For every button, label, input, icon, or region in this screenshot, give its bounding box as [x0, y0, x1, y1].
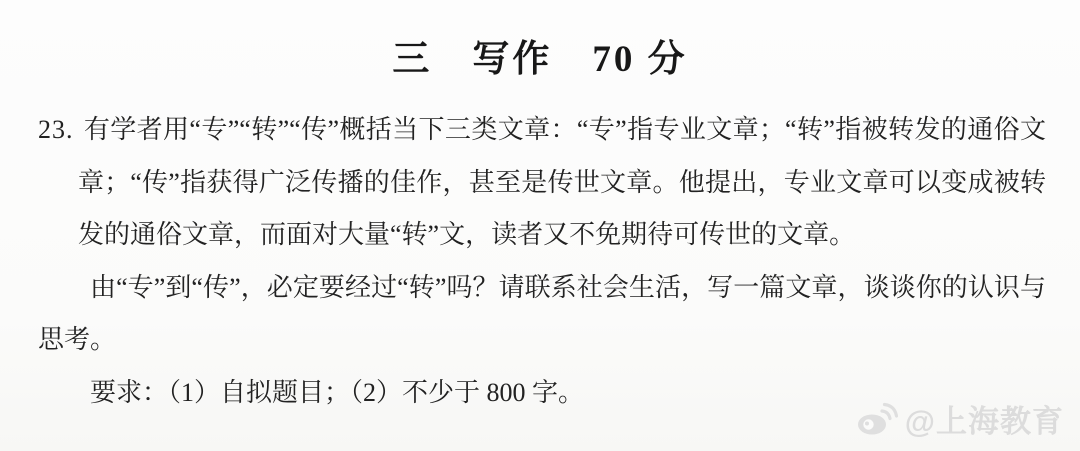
- watermark: @上海教育: [856, 396, 1064, 441]
- exam-paper-page: 三 写作 70 分 23.有学者用“专”“转”“传”概括当下三类文章：“专”指专…: [0, 0, 1080, 451]
- section-title: 三 写作 70 分: [0, 28, 1080, 82]
- question-block: 23.有学者用“专”“转”“传”概括当下三类文章：“专”指专业文章；“转”指被转…: [38, 104, 1046, 419]
- question-paragraph-1: 23.有学者用“专”“转”“传”概括当下三类文章：“专”指专业文章；“转”指被转…: [38, 104, 1046, 262]
- watermark-label: @上海教育: [905, 396, 1064, 441]
- question-paragraph-2: 由“专”到“传”，必定要经过“转”吗？请联系社会生活，写一篇文章，谈谈你的认识与…: [38, 262, 1046, 367]
- question-number: 23.: [38, 115, 74, 144]
- weibo-icon: [856, 401, 898, 436]
- question-paragraph-1-text: 有学者用“专”“转”“传”概括当下三类文章：“专”指专业文章；“转”指被转发的通…: [78, 115, 1046, 249]
